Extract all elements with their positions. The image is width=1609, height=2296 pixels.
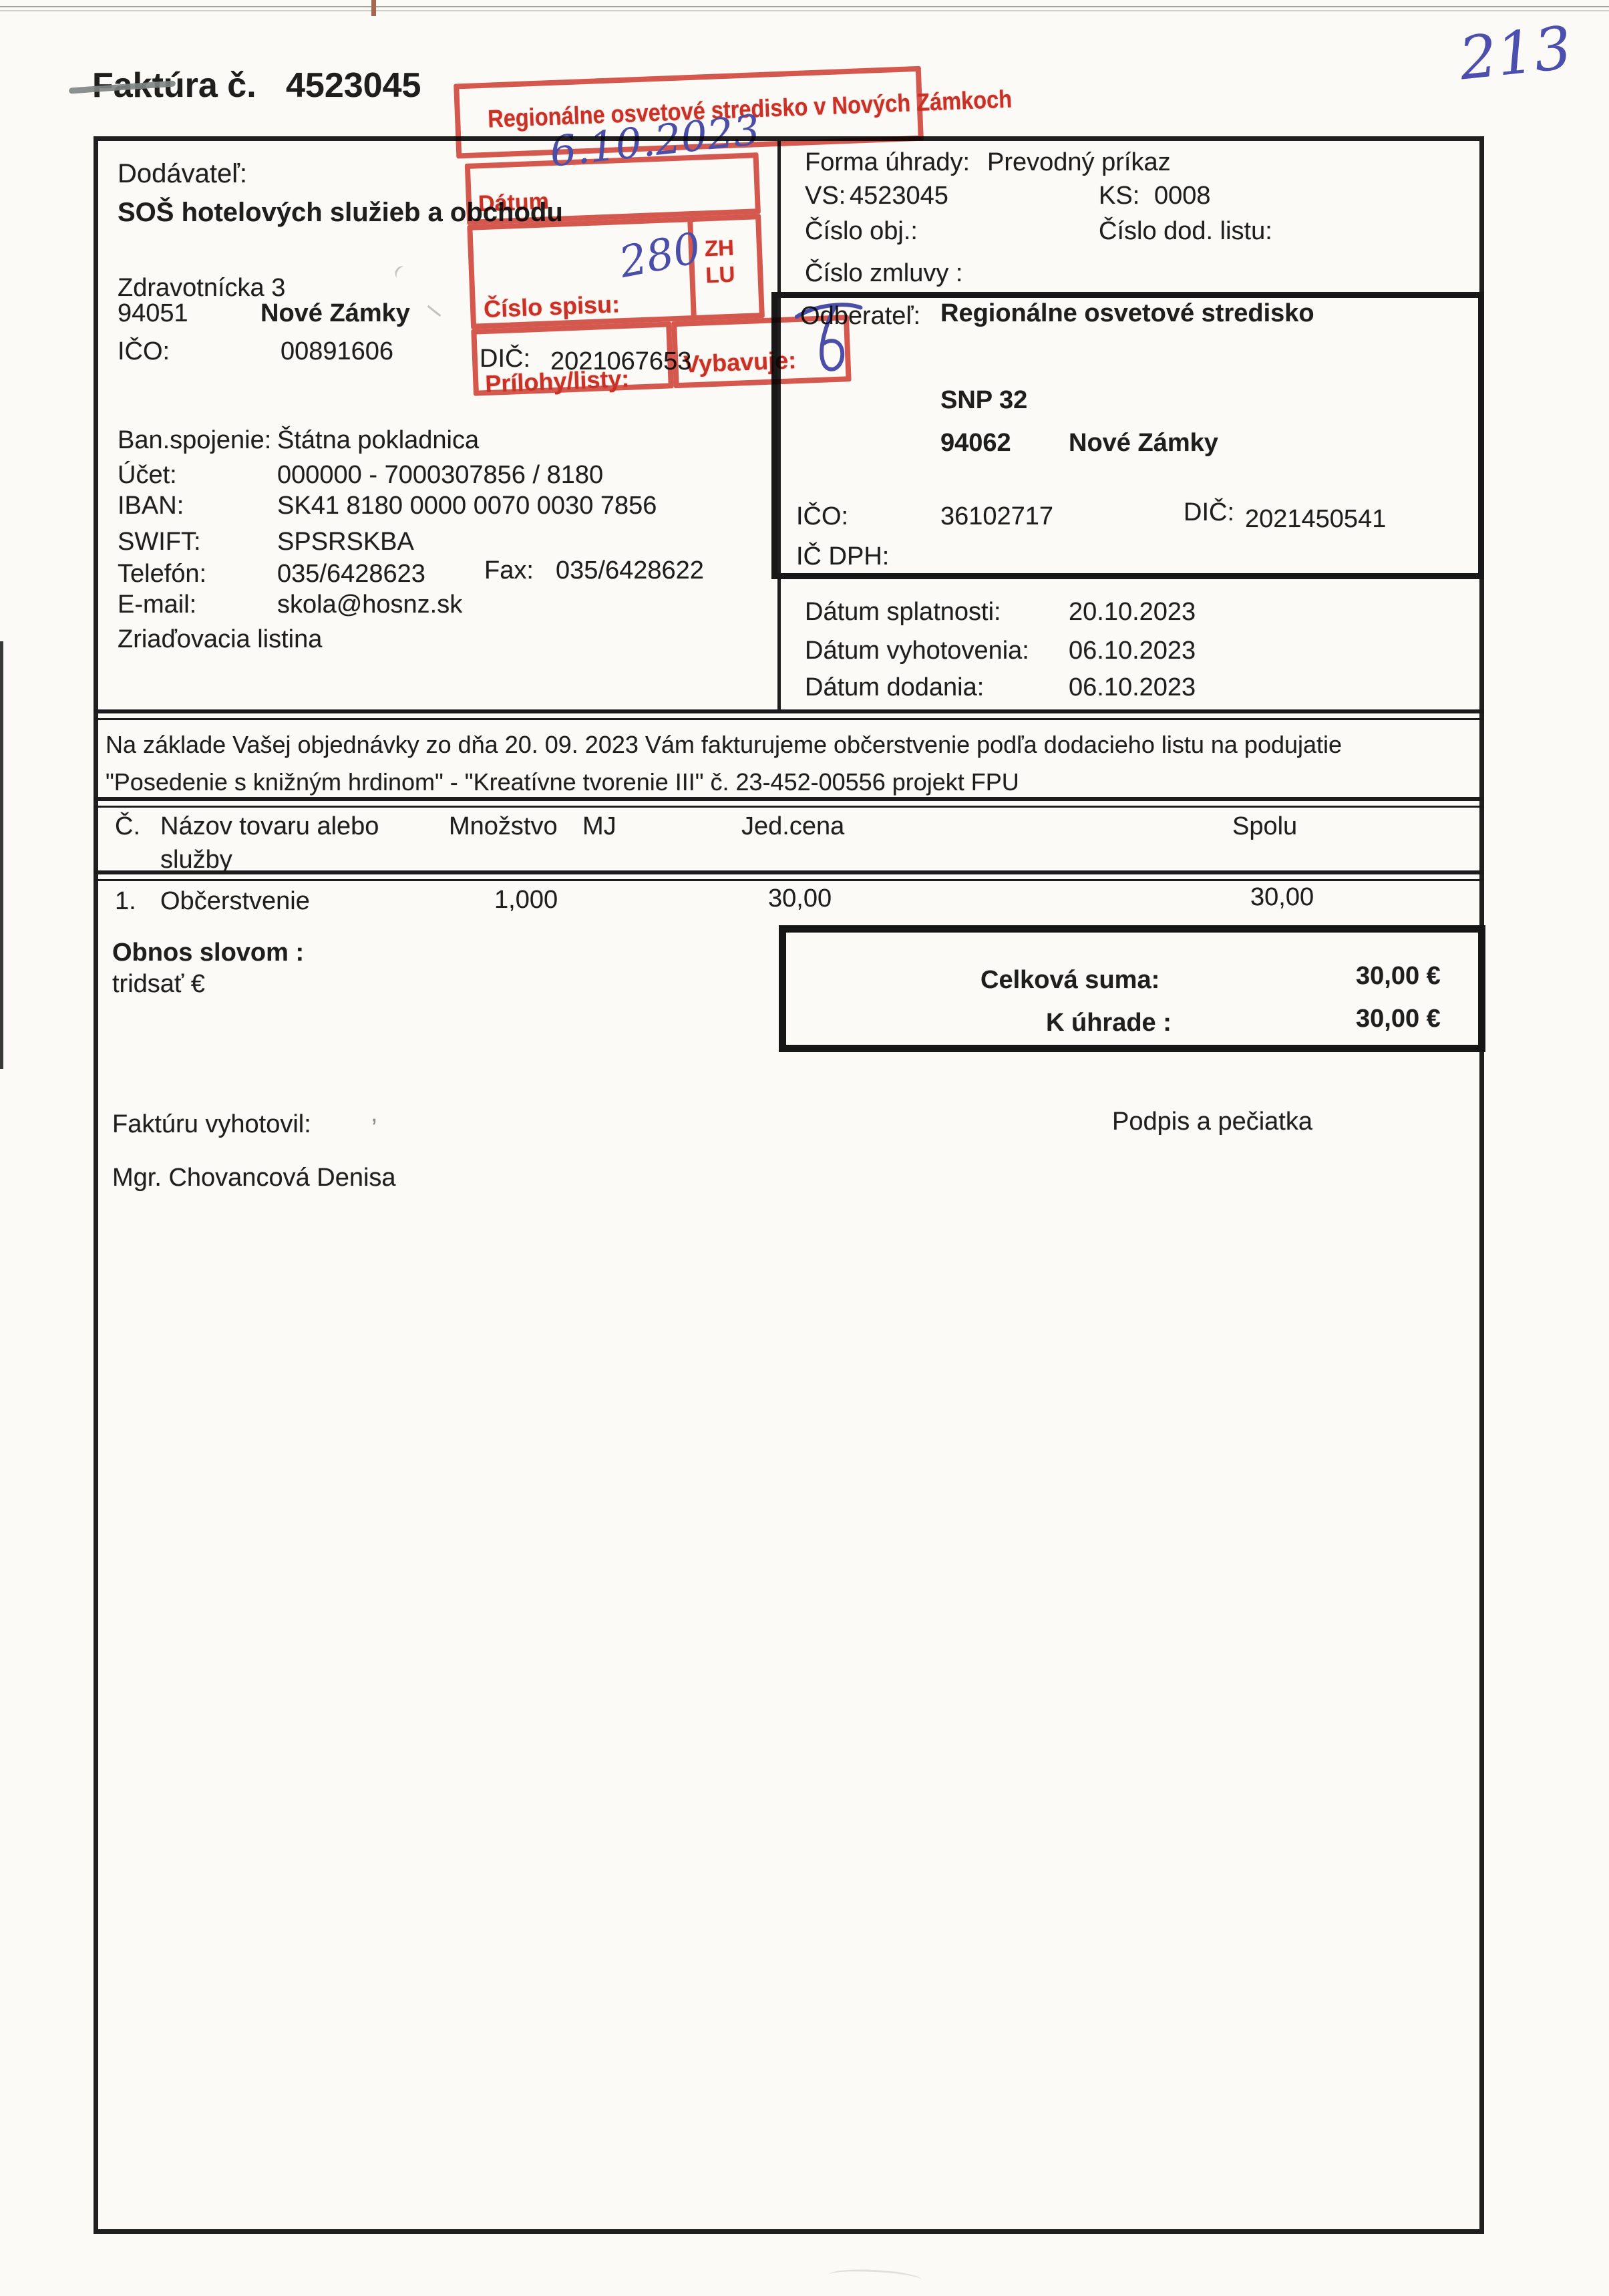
supplier-zip: 94051 [118, 299, 188, 328]
stray-ink-dot: ’ [371, 1114, 377, 1143]
row-qty: 1,000 [494, 886, 558, 915]
supplier-email-label: E-mail: [118, 591, 196, 619]
stamp-file-no-label: Číslo spisu: [483, 290, 620, 323]
col-header-qty: Množstvo [449, 812, 558, 841]
scan-left-edge [0, 641, 3, 1069]
issue-date-label: Dátum vyhotovenia: [805, 637, 1029, 665]
customer-city: Nové Zámky [1069, 429, 1218, 458]
stamp-zh-code: ZH [704, 235, 734, 262]
grand-total-label: Celková suma: [980, 966, 1159, 995]
scan-top-line-2 [0, 10, 1609, 11]
amount-words-label: Obnos slovom : [112, 939, 304, 967]
vybavuje-signature [788, 295, 872, 382]
supplier-label: Dodávateľ: [118, 159, 247, 189]
amount-due-label: K úhrade : [1046, 1009, 1172, 1037]
customer-name: Regionálne osvetové stredisko [940, 299, 1314, 328]
invoice-scan-page: Faktúra č. 4523045 213 Dodávateľ: SOŠ ho… [0, 0, 1609, 2296]
delivery-date-label: Dátum dodania: [805, 673, 984, 702]
stamp-file-no-cell: Číslo spisu: ZH LU [467, 214, 765, 329]
issue-date-value: 06.10.2023 [1069, 637, 1196, 665]
stamp-lu-code: LU [705, 262, 735, 289]
supplier-city: Nové Zámky [260, 299, 410, 328]
row-no: 1. [115, 887, 136, 916]
supplier-bank-value: Štátna pokladnica [277, 426, 479, 455]
supplier-bank-label: Ban.spojenie: [118, 426, 271, 455]
supplier-account-value: 000000 - 7000307856 / 8180 [277, 461, 603, 490]
customer-ico-value: 36102717 [940, 502, 1053, 531]
col-header-total: Spolu [1232, 812, 1297, 841]
amount-due-value: 30,00 € [1356, 1005, 1441, 1033]
rule-above-table-header [94, 797, 1484, 808]
scan-bottom-mark [828, 2267, 922, 2287]
payment-ks-value: 0008 [1154, 182, 1211, 210]
col-header-unit-price: Jed.cena [741, 812, 844, 841]
issued-by-name: Mgr. Chovancová Denisa [112, 1164, 396, 1192]
intro-line-2: "Posedenie s knižným hrdinom" - "Kreatív… [106, 768, 1019, 796]
due-date-value: 20.10.2023 [1069, 598, 1196, 627]
col-header-name-line2: služby [160, 846, 232, 874]
issued-by-label: Faktúru vyhotovil: [112, 1110, 311, 1139]
amount-words-value: tridsať € [112, 970, 205, 999]
supplier-ico-value: 00891606 [281, 337, 393, 366]
row-unit-price: 30,00 [768, 884, 832, 913]
col-header-mj: MJ [582, 812, 616, 841]
scan-top-tick [371, 0, 376, 16]
grand-total-value: 30,00 € [1356, 962, 1441, 991]
customer-icdph-label: IČ DPH: [796, 542, 889, 571]
row-total: 30,00 [1250, 883, 1314, 912]
row-name: Občerstvenie [160, 887, 310, 916]
supplier-swift-label: SWIFT: [118, 528, 201, 556]
customer-dic-label: DIČ: [1184, 498, 1234, 527]
customer-zip: 94062 [940, 429, 1011, 458]
supplier-swift-value: SPSRSKBA [277, 528, 414, 556]
scan-top-line [0, 6, 1609, 7]
col-header-name-line1: Názov tovaru alebo [160, 812, 379, 841]
customer-ico-label: IČO: [796, 502, 848, 531]
handwritten-page-number: 213 [1456, 13, 1575, 94]
supplier-account-label: Účet: [118, 461, 177, 490]
stamp-attachments-label: Prílohy/listy: [485, 365, 631, 398]
delivery-date-value: 06.10.2023 [1069, 673, 1196, 702]
registry-stamp: Regionálne osvetové stredisko v Nových Z… [446, 45, 942, 404]
invoice-number: 4523045 [286, 65, 421, 106]
payment-delivery-note-label: Číslo dod. listu: [1099, 217, 1272, 246]
supplier-ico-label: IČO: [118, 337, 170, 366]
supplier-fax-value: 035/6428622 [556, 556, 704, 585]
customer-dic-value: 2021450541 [1245, 505, 1386, 534]
rule-below-table-header [94, 870, 1484, 881]
intro-line-1: Na základe Vašej objednávky zo dňa 20. 0… [106, 731, 1342, 759]
stamp-date-label: Dátum [478, 188, 549, 217]
col-header-no: Č. [115, 812, 140, 841]
stamp-attachments-cell: Prílohy/listy: [471, 321, 674, 395]
supplier-fax-label: Fax: [484, 556, 534, 585]
supplier-phone-label: Telefón: [118, 560, 206, 589]
supplier-iban-value: SK41 8180 0000 0070 0030 7856 [277, 492, 657, 520]
rule-above-intro [94, 709, 1484, 720]
supplier-street: Zdravotnícka 3 [118, 274, 285, 303]
payment-form-value: Prevodný príkaz [987, 148, 1171, 177]
customer-street: SNP 32 [940, 386, 1027, 415]
supplier-email-value: skola@hosnz.sk [277, 591, 462, 619]
supplier-iban-label: IBAN: [118, 492, 184, 520]
supplier-founding-doc: Zriaďovacia listina [118, 625, 322, 654]
supplier-phone-value: 035/6428623 [277, 560, 425, 589]
signature-stamp-label: Podpis a pečiatka [1112, 1108, 1312, 1136]
payment-ks-label: KS: [1099, 182, 1139, 210]
stamp-handler-label: Vybavuje: [683, 346, 797, 378]
due-date-label: Dátum splatnosti: [805, 598, 1001, 627]
